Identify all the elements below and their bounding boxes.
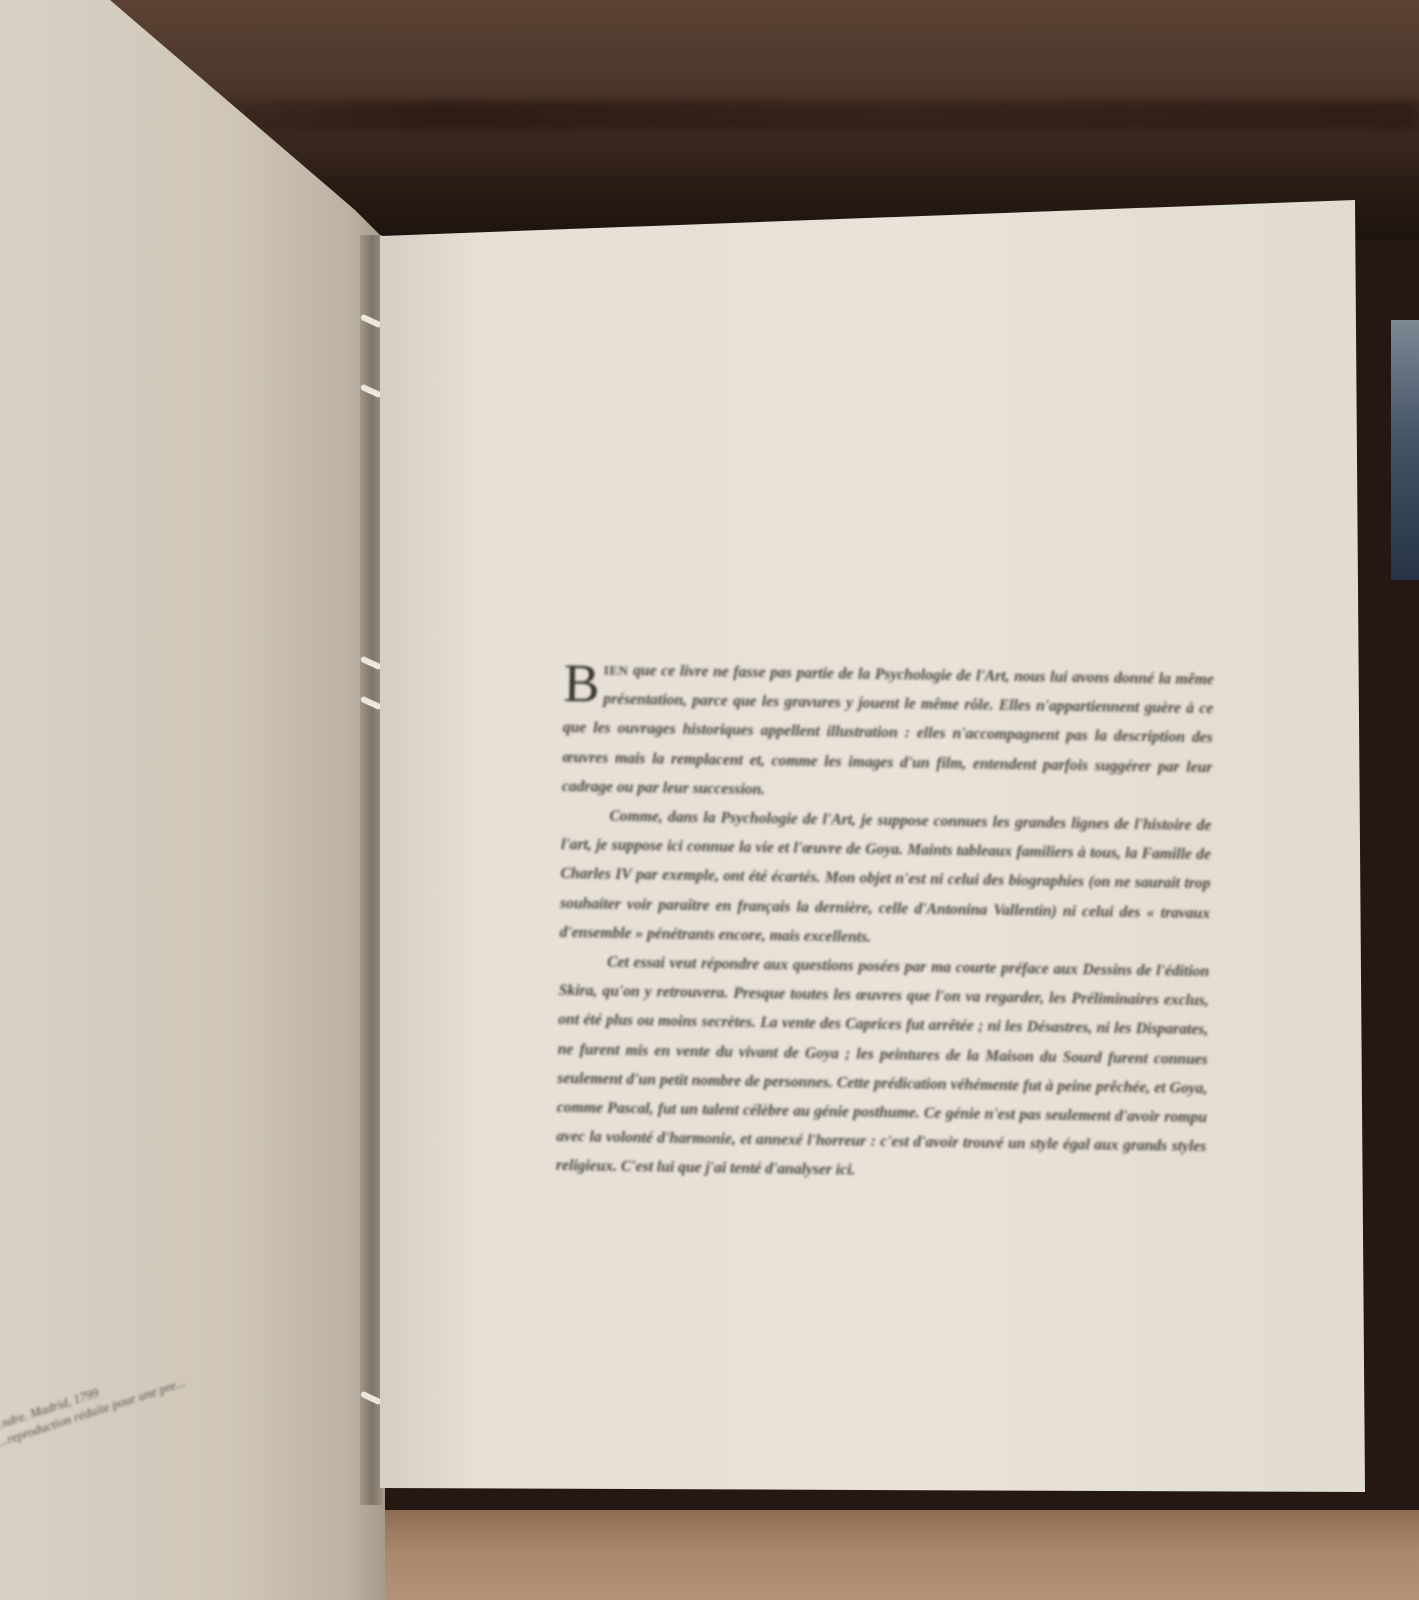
paragraph-text: que ce livre ne fasse pas partie de la P…: [562, 662, 1214, 798]
background-object: [1391, 320, 1419, 580]
drop-cap: B: [563, 661, 600, 706]
paragraph-1: BIEN que ce livre ne fasse pas partie de…: [562, 655, 1214, 811]
preface-text: BIEN que ce livre ne fasse pas partie de…: [556, 655, 1214, 1191]
wood-grain: [110, 100, 1419, 130]
paragraph-2: Comme, dans la Psychologie de l'Art, je …: [559, 801, 1211, 957]
left-page: ...ndre. Madrid, 1799 ...reproduction ré…: [0, 0, 385, 1600]
caption-line: ...reproduction réduite pour une pre...: [0, 1351, 257, 1451]
book-spine-gutter: [360, 235, 382, 1505]
paragraph-3: Cet essai veut répondre aux questions po…: [556, 947, 1210, 1191]
left-page-caption: ...ndre. Madrid, 1799 ...reproduction ré…: [0, 1335, 257, 1451]
lead-small-caps: IEN: [604, 663, 629, 678]
